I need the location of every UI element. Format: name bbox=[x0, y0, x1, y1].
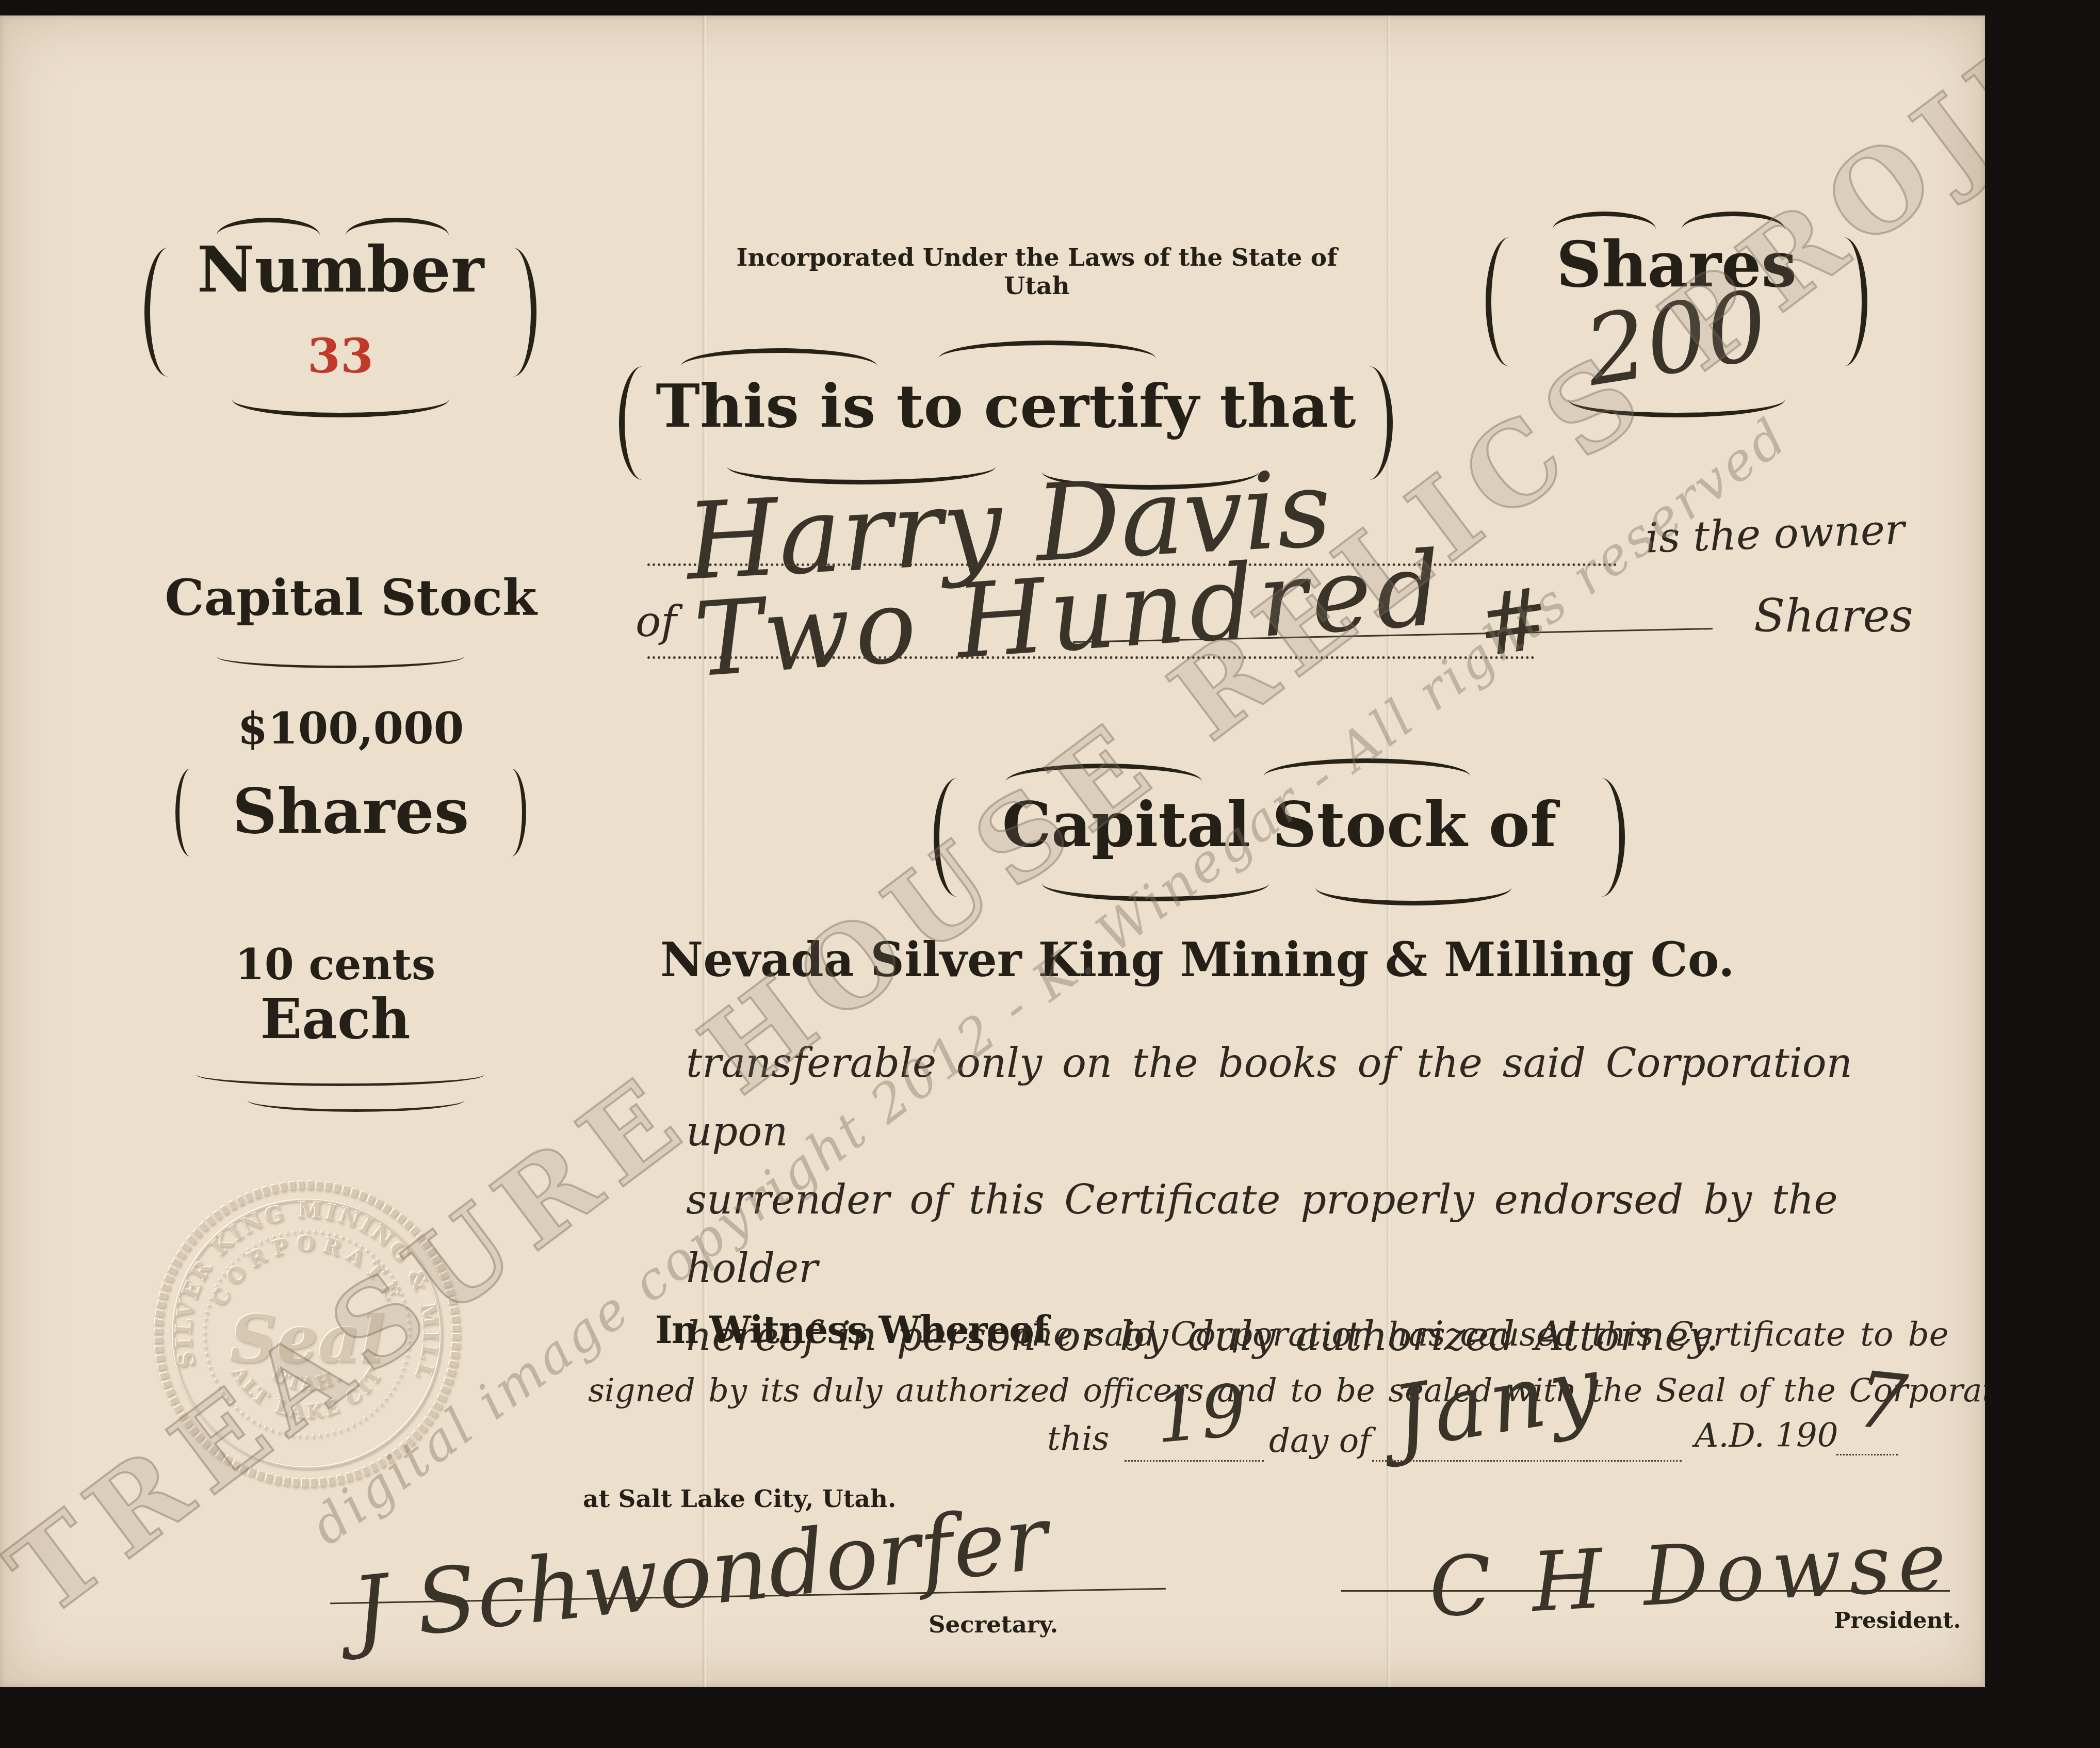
flourish bbox=[248, 1089, 464, 1112]
witness-line1: the said Corporation has caused this Cer… bbox=[1019, 1316, 1949, 1354]
shares-box: Shares 200 bbox=[1506, 227, 1847, 394]
transfer-clause-line-2: surrender of this Certificate properly e… bbox=[686, 1166, 1924, 1303]
witness-heading: In Witness Whereof bbox=[655, 1308, 1048, 1352]
president-signature-line bbox=[1341, 1590, 1950, 1592]
day-underline bbox=[1125, 1460, 1264, 1462]
corporate-seal: NEVADA SILVER KING MINING & MILLING CO. … bbox=[148, 1164, 467, 1504]
ad-label: A.D. 190 bbox=[1695, 1417, 1838, 1455]
flourish bbox=[1315, 870, 1511, 905]
capital-amount: $100,000 bbox=[155, 703, 547, 754]
transfer-clause-line-1: transferable only on the books of the sa… bbox=[686, 1029, 1924, 1166]
flourish bbox=[1682, 212, 1785, 247]
left-shares-box: Shares bbox=[155, 775, 547, 848]
flourish bbox=[1264, 758, 1470, 794]
shares-suffix-label: Shares bbox=[1754, 589, 1913, 642]
number-box: Number 33 bbox=[170, 232, 511, 384]
flourish bbox=[1042, 866, 1269, 901]
capital-stock-label: Capital Stock bbox=[155, 569, 547, 627]
par-value-line2: Each bbox=[155, 986, 516, 1051]
witness-line2: signed by its duly authorized officers a… bbox=[588, 1371, 1985, 1409]
seal-center-text: Seal bbox=[230, 1301, 385, 1377]
amount-line-rule bbox=[647, 656, 1535, 659]
day-value-handwritten: 19 bbox=[1152, 1369, 1249, 1460]
flourish bbox=[346, 218, 449, 253]
fold-crease-left bbox=[703, 15, 706, 1687]
scanned-photo: { "photo": { "background_color": "#13111… bbox=[0, 0, 2100, 1748]
president-title: President. bbox=[1834, 1608, 1961, 1633]
capital-stock-of-banner: Capital Stock of bbox=[954, 788, 1604, 861]
year-underline bbox=[1836, 1454, 1898, 1455]
tally-mark-handwritten: # bbox=[1471, 568, 1556, 676]
flourish bbox=[681, 348, 877, 384]
flourish bbox=[939, 341, 1155, 376]
flourish bbox=[217, 645, 464, 668]
of-label: of bbox=[636, 597, 677, 646]
flourish bbox=[1006, 764, 1202, 799]
year-digit-handwritten: 7 bbox=[1852, 1354, 1911, 1449]
month-underline bbox=[1372, 1460, 1682, 1462]
par-value-line1: 10 cents bbox=[155, 940, 516, 990]
company-name: Nevada Silver King Mining & Milling Co. bbox=[660, 933, 1687, 988]
flourish bbox=[232, 382, 449, 417]
certificate-number: 33 bbox=[170, 328, 511, 384]
left-shares-label: Shares bbox=[155, 775, 547, 848]
is-the-owner-label: is the owner bbox=[1645, 505, 1906, 562]
this-label: this bbox=[1047, 1420, 1109, 1458]
secretary-title: Secretary. bbox=[929, 1611, 1058, 1638]
certify-banner: This is to certify that bbox=[650, 371, 1362, 441]
incorporated-line: Incorporated Under the Laws of the State… bbox=[712, 244, 1362, 300]
flourish bbox=[217, 218, 320, 253]
number-label: Number bbox=[170, 232, 511, 306]
certificate-paper: Number 33 Incorporated Under the Laws of… bbox=[0, 15, 1985, 1687]
flourish bbox=[1553, 212, 1656, 247]
flourish bbox=[196, 1063, 485, 1086]
day-of-label: day of bbox=[1269, 1422, 1371, 1460]
capital-stock-of-label: Capital Stock of bbox=[954, 788, 1604, 861]
